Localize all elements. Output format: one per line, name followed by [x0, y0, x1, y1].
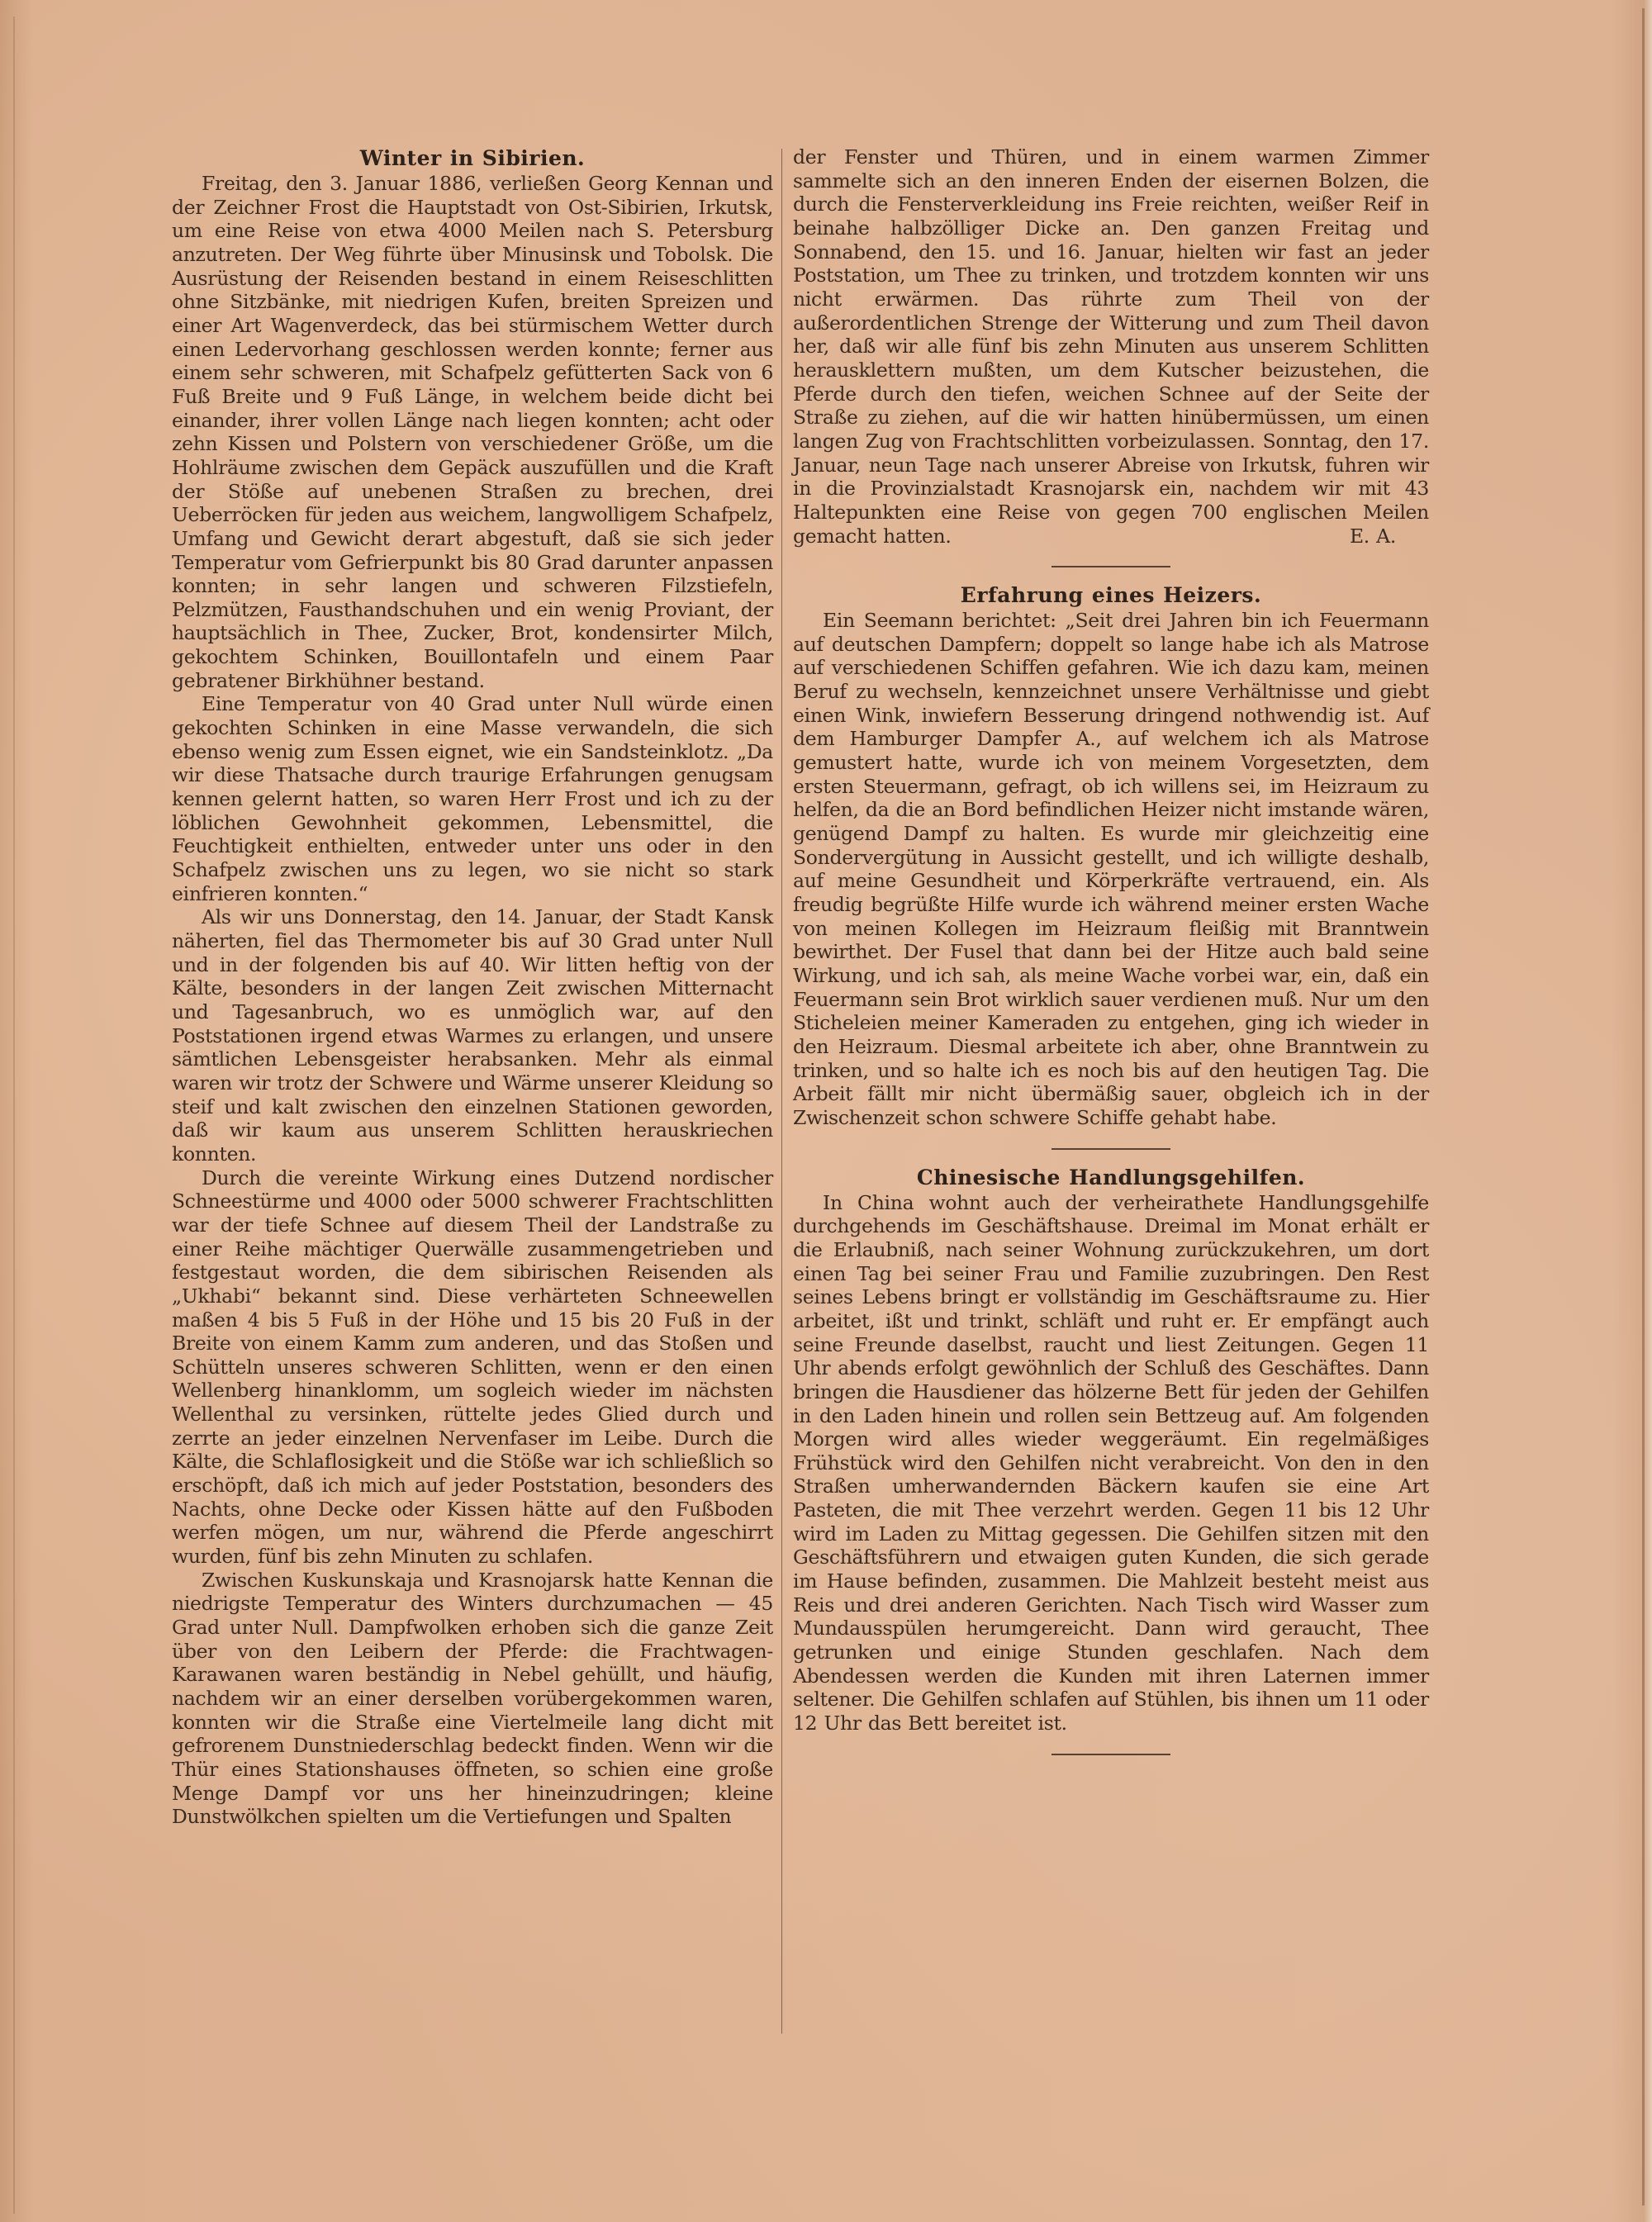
article-paragraph: Eine Temperatur von 40 Grad unter Null w…	[172, 692, 773, 905]
page-edge-left	[13, 17, 15, 2214]
page-edge-right	[1642, 8, 1645, 2205]
column-divider-rule	[781, 149, 782, 2034]
article-paragraph: Durch die vereinte Wirkung eines Dutzend…	[172, 1166, 773, 1569]
article-divider	[1051, 1148, 1170, 1150]
article-end-divider	[1051, 1754, 1170, 1755]
newspaper-page: Winter in Sibirien. Freitag, den 3. Janu…	[0, 0, 1652, 2222]
article-paragraph: Ein Seemann berichtet: „Seit drei Jahren…	[793, 609, 1429, 1129]
article-paragraph: Freitag, den 3. Januar 1886, verließen G…	[172, 172, 773, 692]
article-title-erfahrung-eines-heizers: Erfahrung eines Heizers.	[793, 582, 1429, 609]
article-divider	[1051, 566, 1170, 567]
left-column: Winter in Sibirien. Freitag, den 3. Janu…	[172, 145, 773, 1829]
article-paragraph: In China wohnt auch der verheirathete Ha…	[793, 1191, 1429, 1735]
article-paragraph-continued: der Fenster und Thüren, und in einem war…	[793, 145, 1429, 548]
article-title-chinesische-handlungsgehilfen: Chinesische Handlungsgehilfen.	[793, 1165, 1429, 1191]
article-paragraph: Zwischen Kuskunskaja und Krasnojarsk hat…	[172, 1569, 773, 1829]
right-column: der Fenster und Thüren, und in einem war…	[793, 145, 1429, 1770]
article-title-winter-in-sibirien: Winter in Sibirien.	[172, 145, 773, 172]
article-paragraph: Als wir uns Donnerstag, den 14. Januar, …	[172, 905, 773, 1166]
